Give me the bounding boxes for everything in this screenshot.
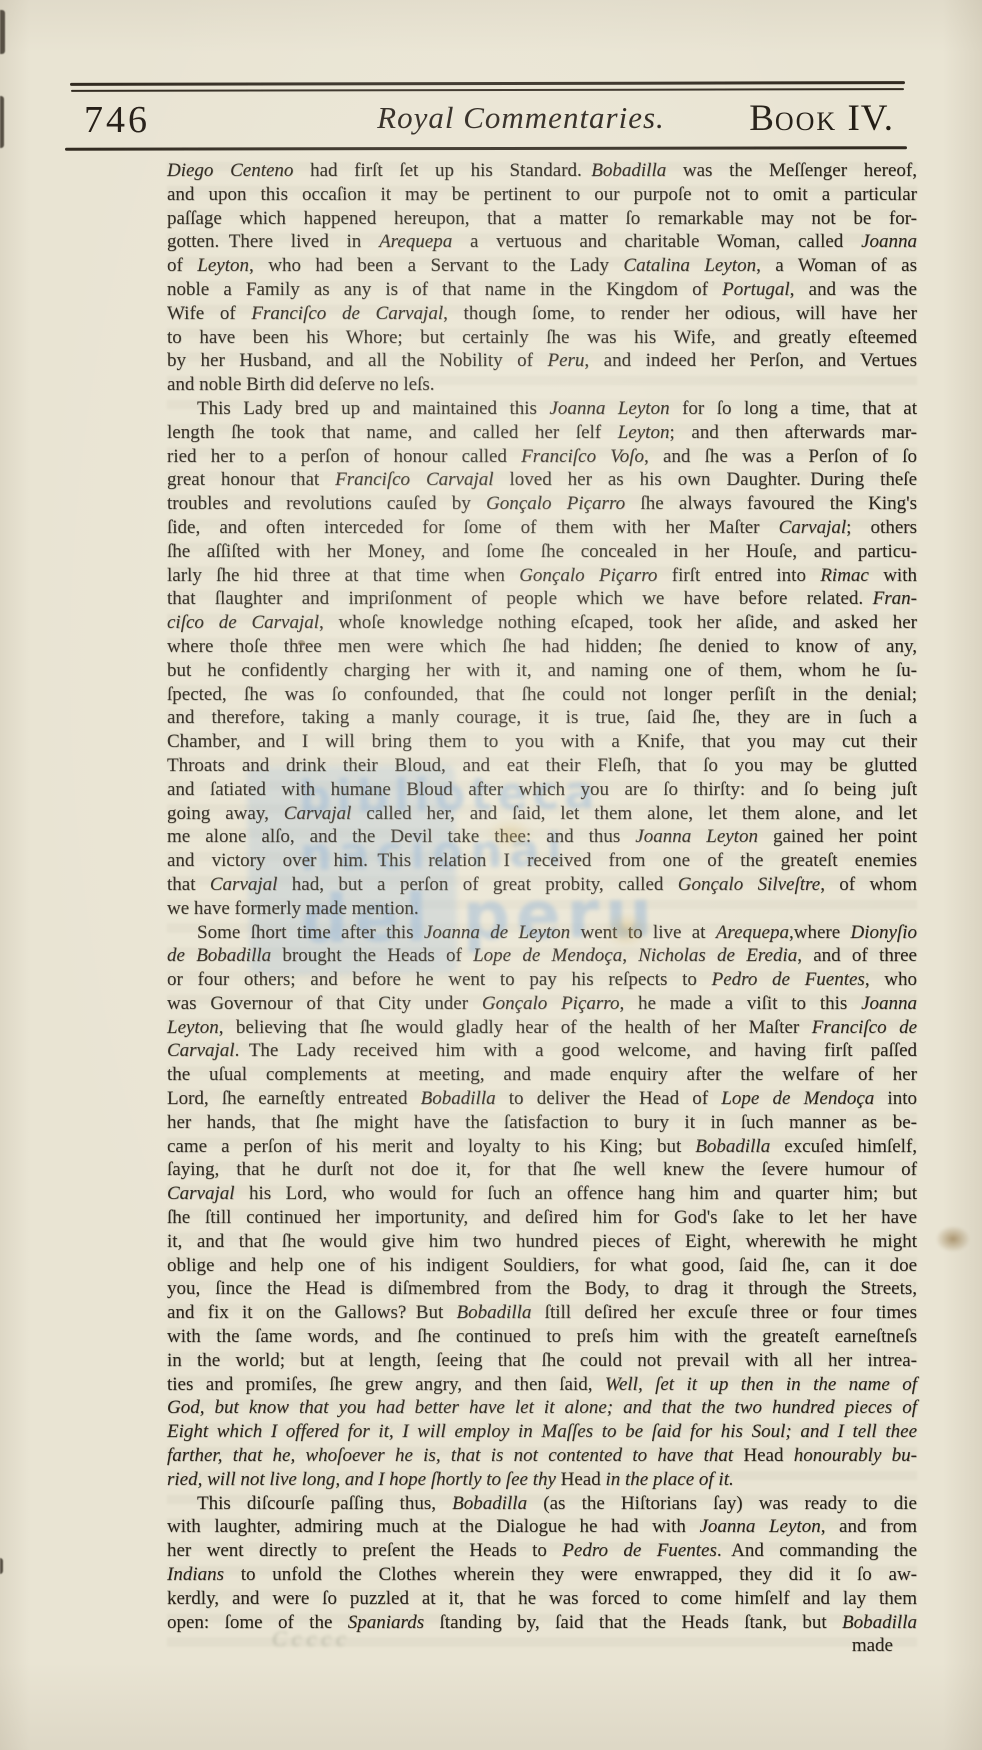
text-line: her hands, that ſhe might have the ſatis… <box>167 1111 917 1135</box>
text-line: ſhe ſtill continued her importunity, and… <box>167 1206 917 1230</box>
text-line: it, and that ſhe would give him two hund… <box>167 1230 917 1254</box>
text-line: came a perſon of his merit and loyalty t… <box>167 1135 917 1159</box>
text-line: ciſco de Carvajal, whoſe knowledge nothi… <box>167 611 917 635</box>
text-line: ſaying, that he durſt not doe it, for th… <box>167 1158 917 1182</box>
text-line: me alone alſo, and the Devil take thee: … <box>167 825 917 849</box>
text-line: farther, that he, whoſoever he is, that … <box>167 1444 917 1468</box>
text-line: noble a Family as any is of that name in… <box>167 278 917 302</box>
ink-stain <box>936 1226 970 1252</box>
text-line: in the world; but at length, ſeeing that… <box>167 1349 917 1373</box>
text-line: Leyton, believing that ſhe would gladly … <box>167 1016 917 1040</box>
text-line: with laughter, admiring much at the Dial… <box>167 1515 917 1539</box>
text-line: Eight which I offered for it, I will emp… <box>167 1420 917 1444</box>
text-line: length ſhe took that name, and called he… <box>167 421 917 445</box>
text-line: the uſual complements at meeting, and ma… <box>167 1063 917 1087</box>
text-line: and ſatiated with humane Bloud after whi… <box>167 778 917 802</box>
text-line: paſſage which happened hereupon, that a … <box>167 207 917 231</box>
text-line: ſide, and often interceded for ſome of t… <box>167 516 917 540</box>
text-line: to have been his Whore; but certainly ſh… <box>167 326 917 350</box>
text-line: oblige and help one of his indigent Soul… <box>167 1254 917 1278</box>
text-line: larly ſhe hid three at that time when Go… <box>167 564 917 588</box>
text-line: and therefore, taking a manly courage, i… <box>167 706 917 730</box>
text-line: or four others; and before he went to pa… <box>167 968 917 992</box>
text-line: going away, Carvajal called her, and ſai… <box>167 802 917 826</box>
text-line: and fix it on the Gallows? But Bobadilla… <box>167 1301 917 1325</box>
text-line: This Lady bred up and maintained this Jo… <box>167 397 917 421</box>
text-line: that ſlaughter and impriſonment of peopl… <box>167 587 917 611</box>
text-line: Indians to unfold the Clothes wherein th… <box>167 1563 917 1587</box>
page-edge-mark <box>0 1558 3 1574</box>
book-label: Book IV. <box>749 97 894 140</box>
text-line: with the ſame words, and ſhe continued t… <box>167 1325 917 1349</box>
book-label-numeral: IV. <box>837 98 894 139</box>
header-double-rule-bottom <box>71 88 904 92</box>
book-page-scan: biblioteca nacional del peru Ccccc 746 R… <box>0 0 982 1750</box>
text-line: that Carvajal had, but a perſon of great… <box>167 873 917 897</box>
paragraph: This diſcourſe paſſing thus, Bobadilla (… <box>167 1492 917 1635</box>
text-line: open: ſome of the Spaniards ſtanding by,… <box>167 1611 917 1635</box>
header-double-rule-top <box>70 81 905 86</box>
text-line: by her Husband, and all the Nobility of … <box>167 349 917 373</box>
text-line: her went directly to preſent the Heads t… <box>167 1539 917 1563</box>
text-line: Carvajal his Lord, who would for ſuch an… <box>167 1182 917 1206</box>
text-line: Some ſhort time after this Joanna de Ley… <box>167 921 917 945</box>
text-line: God, but know that you had better have l… <box>167 1396 917 1420</box>
text-line: we have formerly made mention. <box>167 897 917 921</box>
text-line: you, ſince the Head is diſmembred from t… <box>167 1277 917 1301</box>
text-line: and victory over him. This relation I re… <box>167 849 917 873</box>
text-block: Diego Centeno had firſt ſet up his Stand… <box>167 159 917 1658</box>
paragraph: Some ſhort time after this Joanna de Ley… <box>167 921 917 1492</box>
text-line: great honour that Franciſco Carvajal lov… <box>167 468 917 492</box>
paragraph: This Lady bred up and maintained this Jo… <box>167 397 917 921</box>
text-line: ſhe aſſiſted with her Money, and ſome ſh… <box>167 540 917 564</box>
header-separator-rule <box>65 146 907 150</box>
text-line: but he confidently charging her with it,… <box>167 659 917 683</box>
text-line: This diſcourſe paſſing thus, Bobadilla (… <box>167 1492 917 1516</box>
catchword: made <box>167 1634 917 1658</box>
text-line: ties and promiſes, ſhe grew angry, and t… <box>167 1373 917 1397</box>
page-edge-mark <box>0 10 5 54</box>
text-line: de Bobadilla brought the Heads of Lope d… <box>167 944 917 968</box>
text-line: ſpected, ſhe was ſo confounded, that ſhe… <box>167 683 917 707</box>
text-line: of Leyton, who had been a Servant to the… <box>167 254 917 278</box>
text-line: ried her to a perſon of honour called Fr… <box>167 445 917 469</box>
text-line: was Governour of that City under Gonçalo… <box>167 992 917 1016</box>
text-line: Throats and drink their Bloud, and eat t… <box>167 754 917 778</box>
text-line: where thoſe three men were which ſhe had… <box>167 635 917 659</box>
text-line: Lord, ſhe earneſtly entreated Bobadilla … <box>167 1087 917 1111</box>
text-line: and noble Birth did deſerve no leſs. <box>167 373 917 397</box>
text-line: Diego Centeno had firſt ſet up his Stand… <box>167 159 917 183</box>
text-line: gotten. There lived in Arequepa a vertuo… <box>167 230 917 254</box>
text-line: troubles and revolutions cauſed by Gonça… <box>167 492 917 516</box>
text-line: ried, will not live long, and I hope ſho… <box>167 1468 917 1492</box>
text-line: Chamber, and I will bring them to you wi… <box>167 730 917 754</box>
text-line: kerdly, and were ſo puzzled at it, that … <box>167 1587 917 1611</box>
book-label-smallcaps: ook <box>775 107 837 136</box>
text-line: and upon this occaſion it may be pertine… <box>167 183 917 207</box>
text-line: Wife of Franciſco de Carvajal, though ſo… <box>167 302 917 326</box>
paragraph: Diego Centeno had firſt ſet up his Stand… <box>167 159 917 397</box>
text-line: Carvajal. The Lady received him with a g… <box>167 1039 917 1063</box>
book-label-initial: B <box>749 98 775 139</box>
page-edge-mark <box>0 96 4 148</box>
